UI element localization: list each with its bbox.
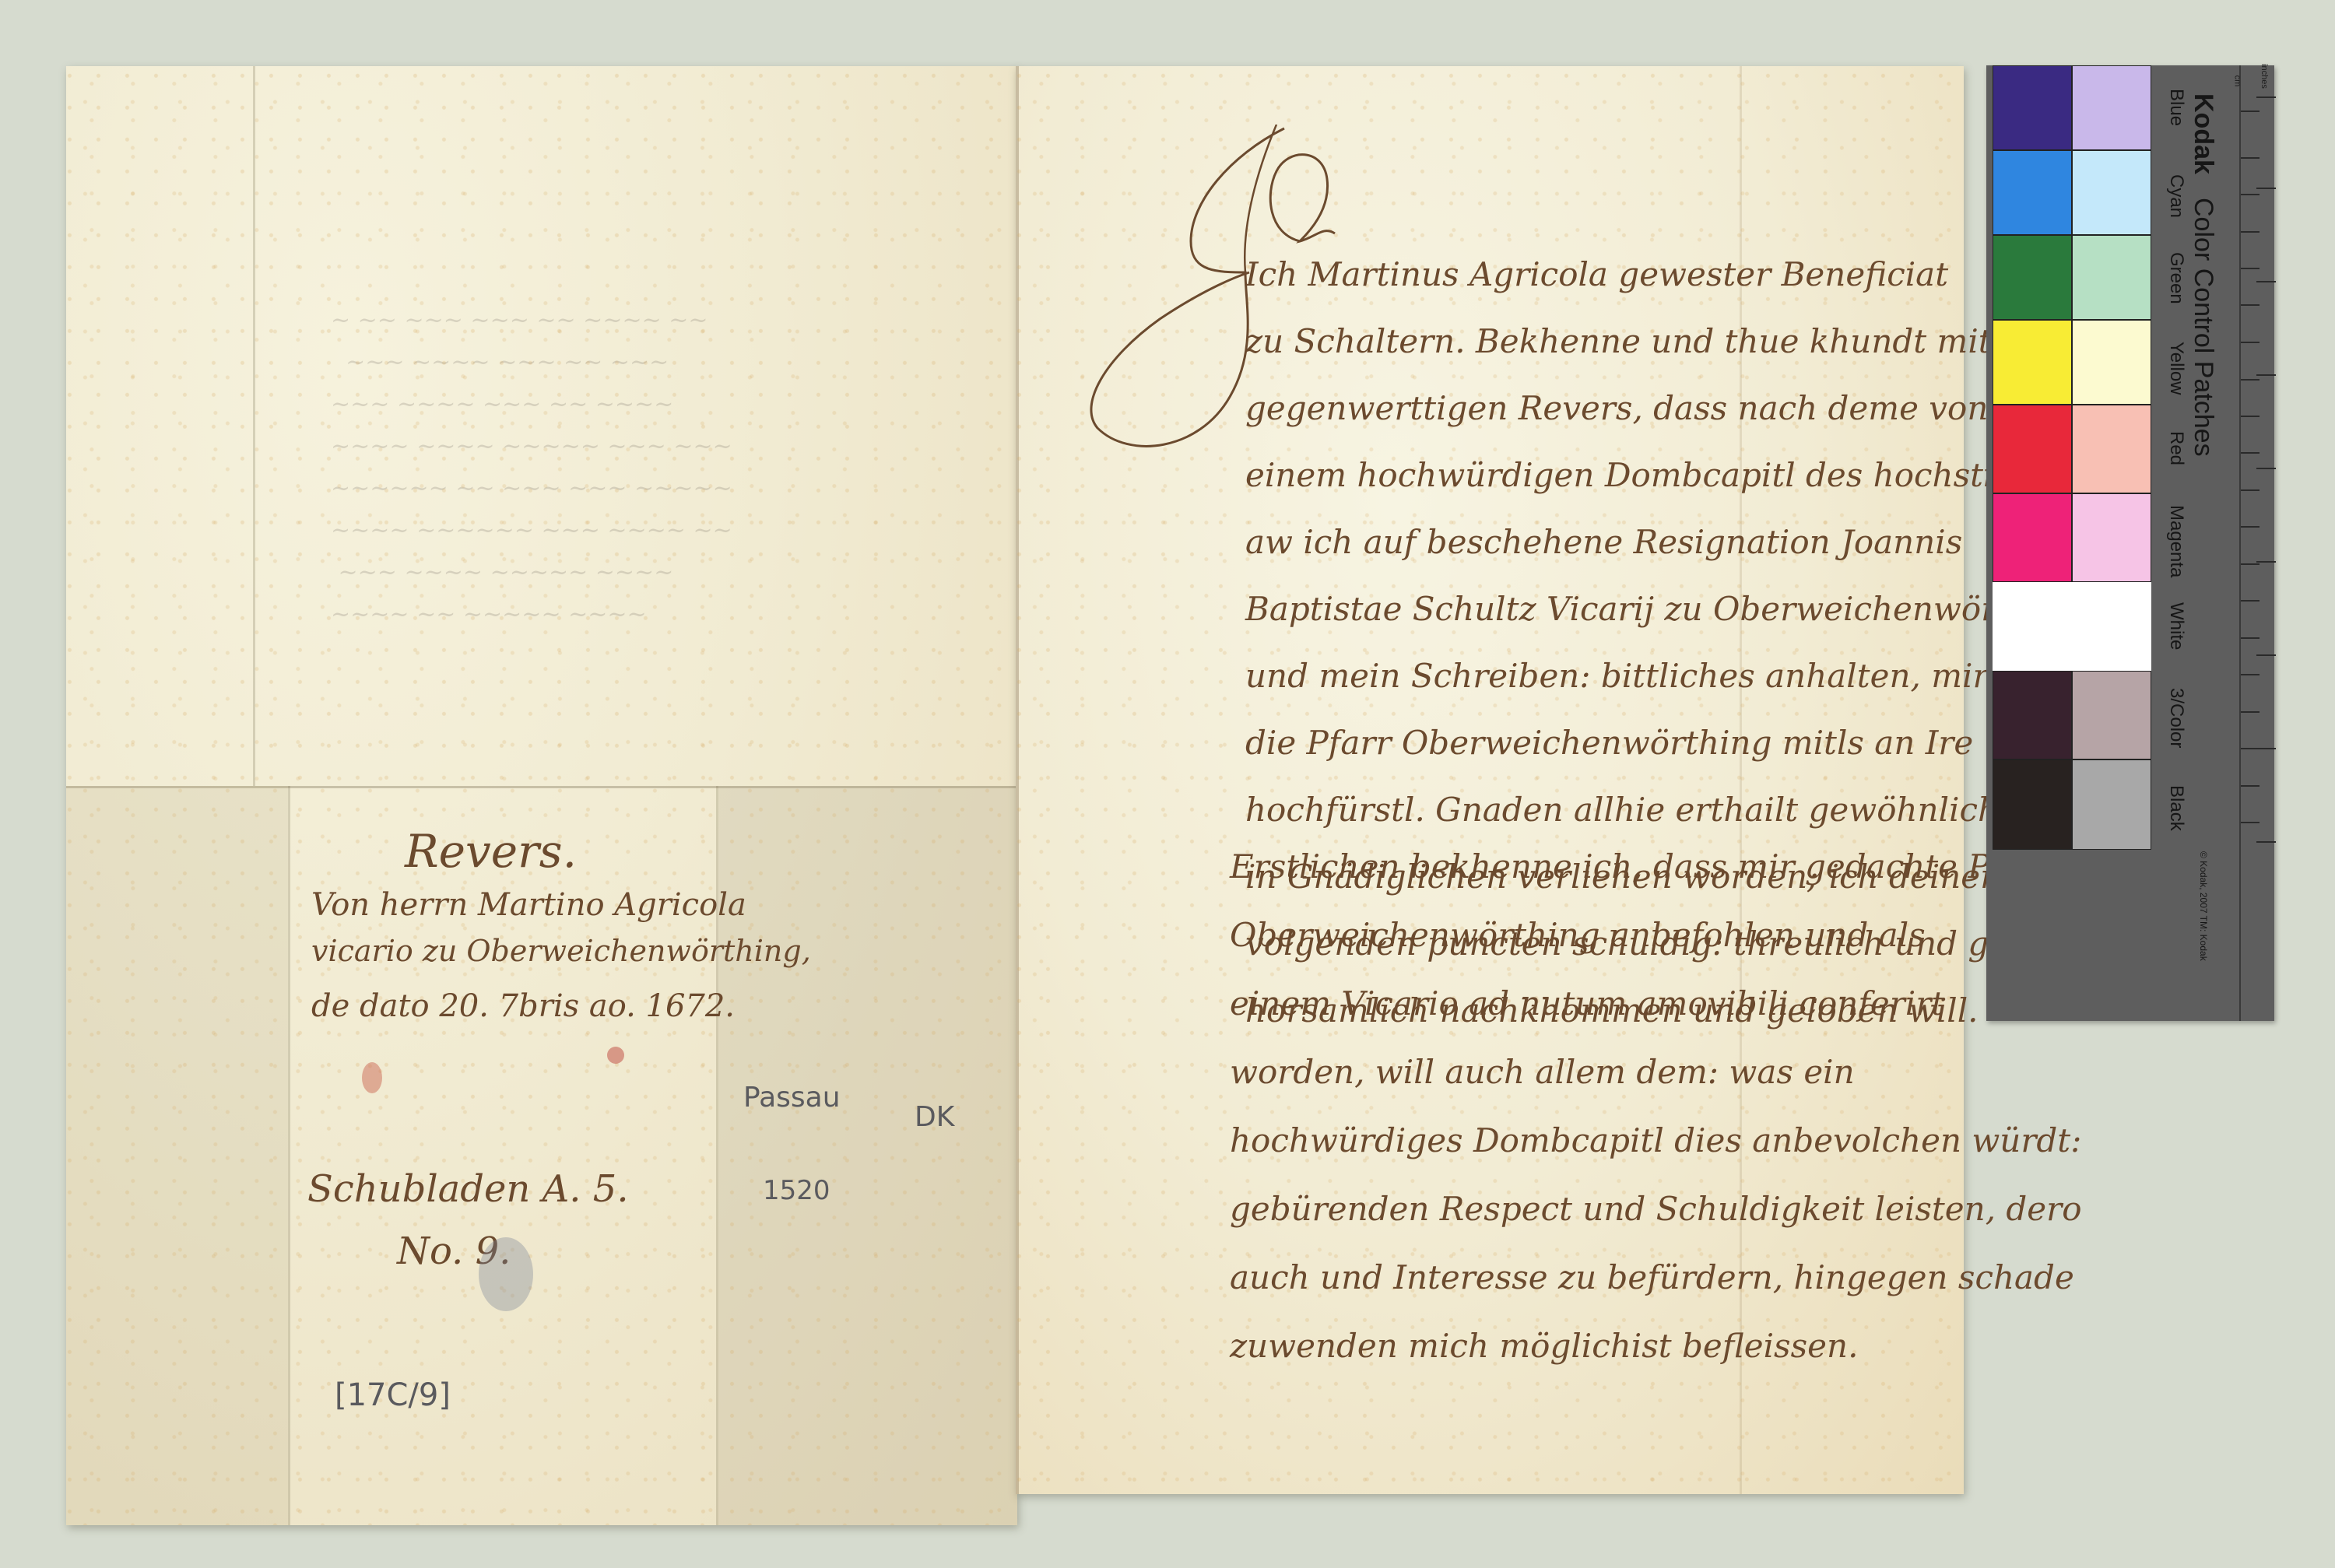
text-line: auch und Interesse zu befürdern, hingege… bbox=[1230, 1244, 2082, 1312]
ruler-unit-cm: cm bbox=[2232, 75, 2242, 87]
archive-signature: [17C/9] bbox=[335, 1377, 451, 1413]
left-sheet: ~ ~~ ~~~ ~~~ ~~ ~~~~ ~~ ~~~ ~~~~ ~~~ ~~ … bbox=[66, 66, 1017, 1525]
patch-magenta-light bbox=[2072, 493, 2151, 582]
right-flap-shade bbox=[718, 786, 1017, 1525]
patch-magenta-dark bbox=[1993, 493, 2072, 582]
pencil-number: 1520 bbox=[763, 1175, 830, 1206]
patch-white bbox=[1993, 582, 2151, 671]
bleed-through-text: ~ ~~ ~~~ ~~~ ~~ ~~~~ ~~ ~~~ ~~~~ ~~~ ~~ … bbox=[331, 300, 732, 636]
endorsement-title: Revers. bbox=[405, 825, 577, 878]
text-line: gebürenden Respect und Schuldigkeit leis… bbox=[1230, 1175, 2082, 1244]
patch-black-dark bbox=[1993, 759, 2072, 850]
patch-red-light bbox=[2072, 405, 2151, 493]
patch-red-dark bbox=[1993, 405, 2072, 493]
label-black: Black bbox=[2165, 785, 2187, 831]
patch-blue-light bbox=[2072, 65, 2151, 150]
patch-cyan-light bbox=[2072, 150, 2151, 235]
blue-gray-stain bbox=[479, 1237, 533, 1311]
left-flap-shade bbox=[66, 786, 288, 1525]
endorsement-line-2: vicario zu Oberweichenwörthing, bbox=[311, 934, 811, 968]
center-gutter bbox=[1016, 66, 1019, 1494]
kodak-color-control-strip: Blue Cyan Green Yellow Red Magenta White… bbox=[1986, 65, 2274, 1021]
endorsement-date: de dato 20. 7bris ao. 1672. bbox=[311, 988, 735, 1024]
kodak-title: Color Control Patches bbox=[2188, 198, 2218, 457]
patch-blue-dark bbox=[1993, 65, 2072, 150]
text-line: worden, will auch allem dem: was ein bbox=[1230, 1038, 2082, 1107]
text-line: hochwürdiges Dombcapitl dies anbevolchen… bbox=[1230, 1107, 2082, 1175]
patch-yellow-light bbox=[2072, 320, 2151, 405]
label-blue: Blue bbox=[2165, 89, 2187, 126]
label-white: White bbox=[2165, 602, 2187, 650]
endorsement-line-1: Von herrn Martino Agricola bbox=[311, 887, 746, 923]
main-text-block-2: Erstlichen bekhenne ich, dass mir gedach… bbox=[1230, 833, 2082, 1380]
pencil-fonds: DK bbox=[915, 1101, 954, 1133]
kodak-copyright: © Kodak, 2007 TM: Kodak bbox=[2198, 851, 2209, 961]
patch-green-light bbox=[2072, 235, 2151, 320]
text-line: einem Vicario ad nutum amovibili conferi… bbox=[1230, 970, 2082, 1038]
patch-black-light bbox=[2072, 759, 2151, 850]
label-cyan: Cyan bbox=[2165, 174, 2187, 218]
text-line: Oberweichenwörthing anbefohlen und als bbox=[1230, 901, 2082, 970]
patch-yellow-dark bbox=[1993, 320, 2072, 405]
label-red: Red bbox=[2165, 431, 2187, 465]
patch-3color-light bbox=[2072, 671, 2151, 759]
label-yellow: Yellow bbox=[2165, 342, 2187, 395]
patch-cyan-dark bbox=[1993, 150, 2072, 235]
vertical-fold-left bbox=[288, 786, 290, 1525]
label-green: Green bbox=[2165, 252, 2187, 304]
patch-3color-dark bbox=[1993, 671, 2072, 759]
text-line: Erstlichen bekhenne ich, dass mir gedach… bbox=[1230, 833, 2082, 901]
red-wax-stain-2 bbox=[607, 1047, 624, 1064]
label-3color: 3/Color bbox=[2165, 688, 2187, 748]
initial-loop-icon bbox=[1261, 140, 1339, 249]
pencil-place: Passau bbox=[743, 1082, 841, 1114]
kodak-brand: Kodak bbox=[2188, 93, 2218, 174]
label-magenta: Magenta bbox=[2165, 505, 2187, 577]
red-wax-stain bbox=[362, 1062, 382, 1093]
drawer-label: Schubladen A. 5. bbox=[307, 1167, 629, 1211]
ruler-unit-inches: inches bbox=[2260, 64, 2269, 89]
vertical-fold-upper bbox=[253, 66, 255, 786]
text-line: zuwenden mich möglichist befleissen. bbox=[1230, 1312, 2082, 1380]
ruler: cm inches bbox=[2239, 65, 2276, 1021]
patch-green-dark bbox=[1993, 235, 2072, 320]
